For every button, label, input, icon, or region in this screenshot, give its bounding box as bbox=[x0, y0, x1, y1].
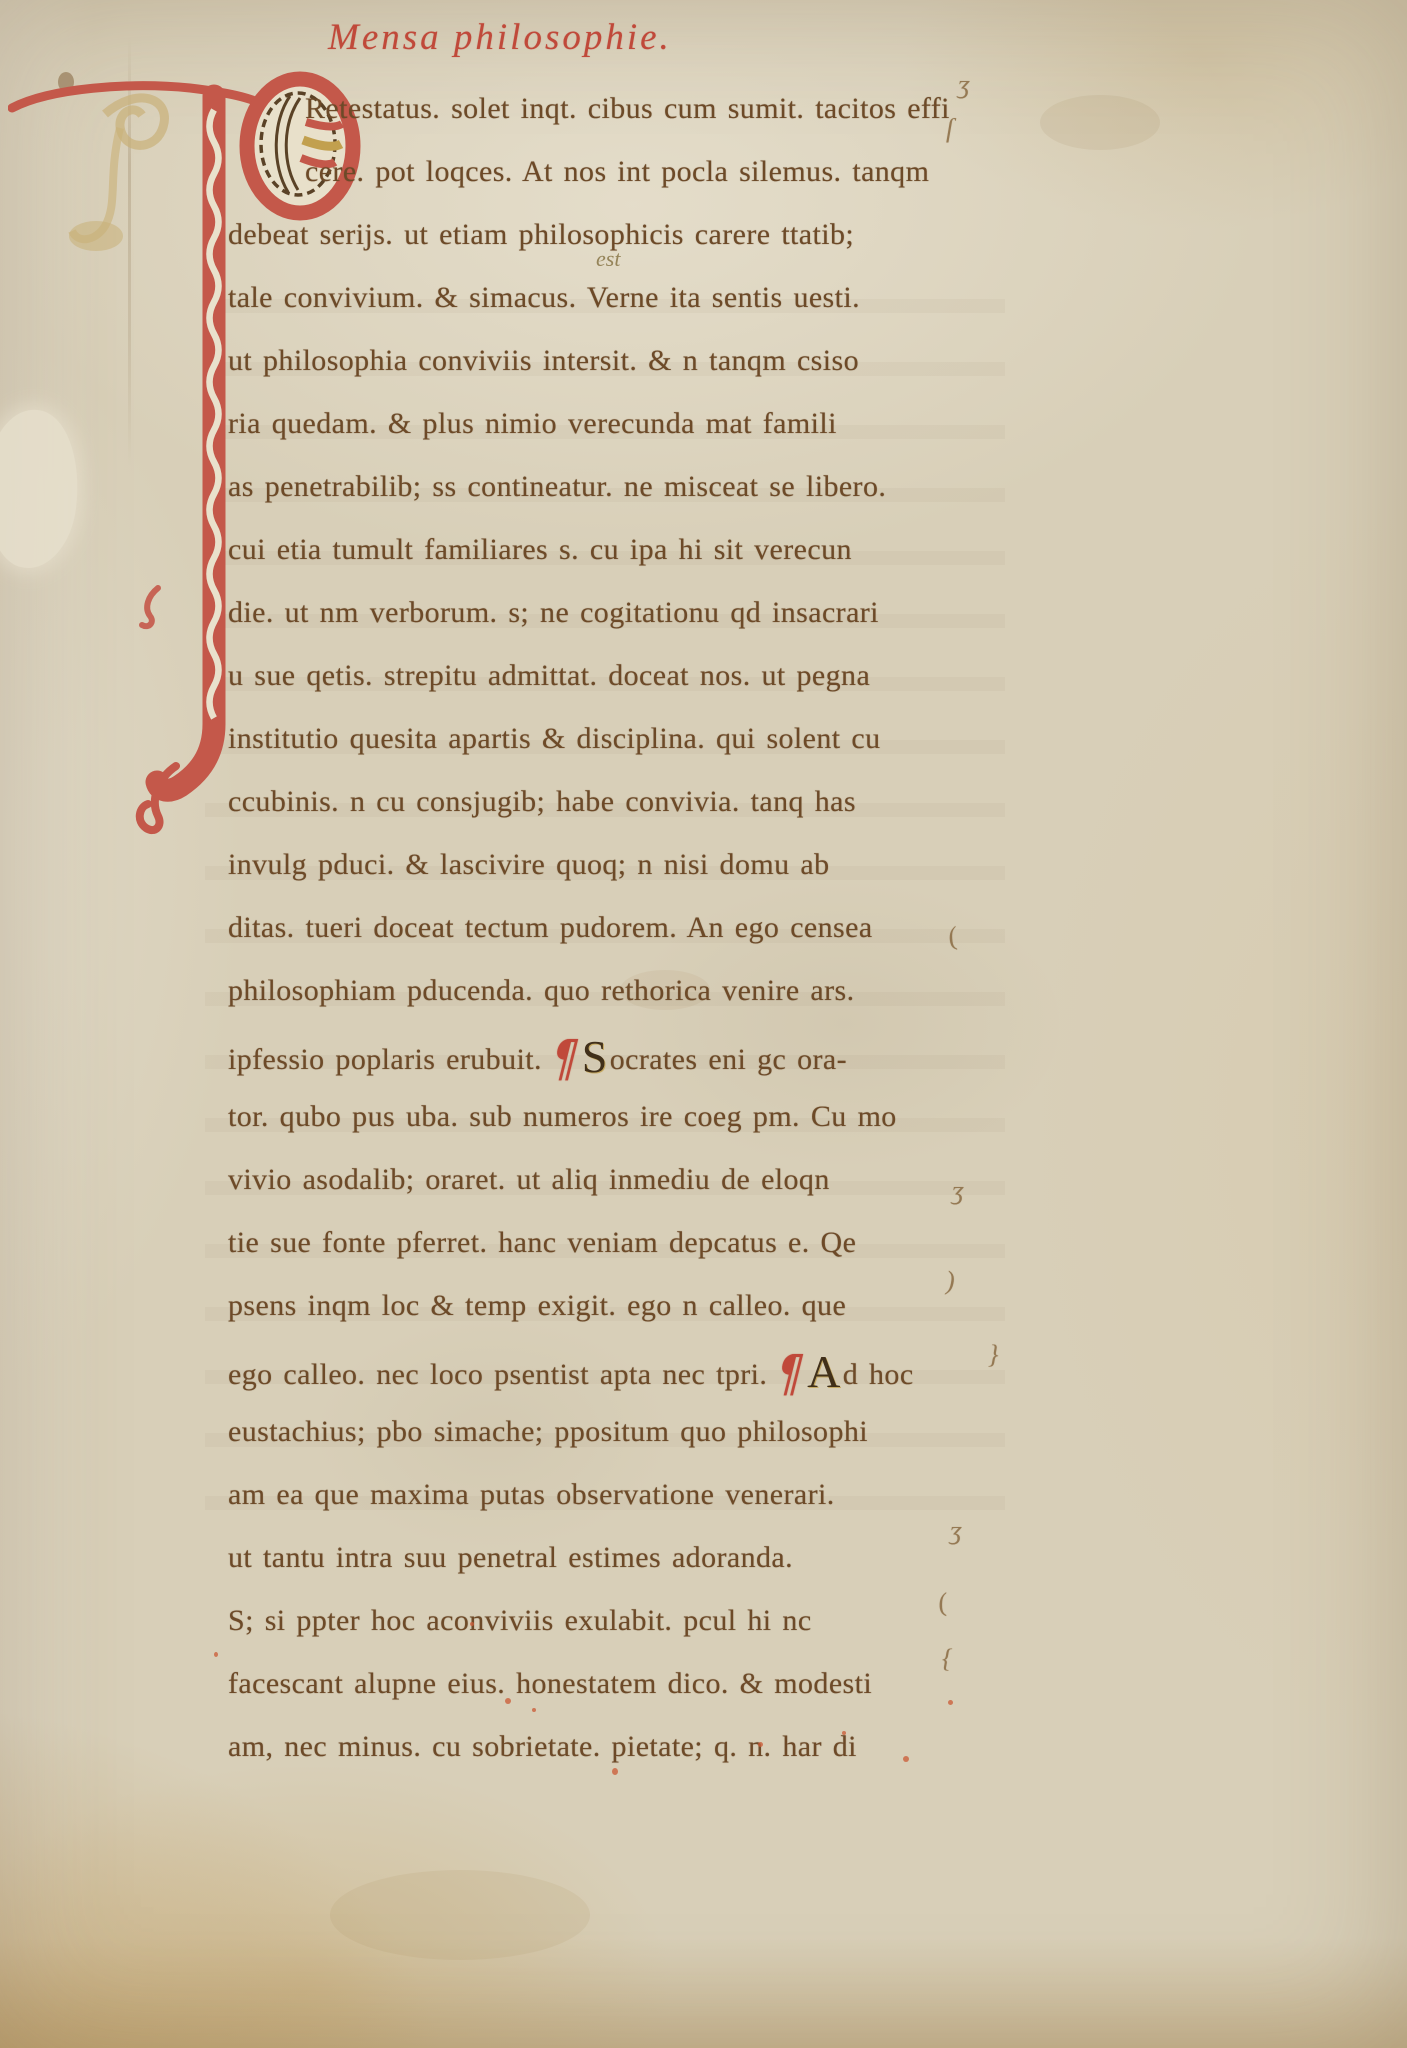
ink-speck bbox=[470, 1622, 474, 1626]
text-line: ut tantu intra suu penetral estimes ador… bbox=[228, 1537, 1018, 1581]
text-line: die. ut nm verborum. s; ne cogitationu q… bbox=[228, 592, 1018, 636]
text-line: tale convivium. & simacus. Verne ita sen… bbox=[228, 277, 1018, 321]
text-line: ditas. tueri doceat tectum pudorem. An e… bbox=[228, 907, 1018, 951]
text-line: am, nec minus. cu sobrietate. pietate; q… bbox=[228, 1726, 1018, 1770]
text-line: u sue qetis. strepitu admittat. doceat n… bbox=[228, 655, 1018, 699]
margin-mark: ʒ bbox=[950, 1516, 962, 1546]
ink-speck bbox=[903, 1756, 909, 1762]
margin-mark: ʒ bbox=[958, 70, 970, 100]
text-line: Retestatus. solet inqt. cibus cum sumit.… bbox=[305, 88, 1005, 132]
margin-mark: } bbox=[988, 1340, 998, 1370]
rubric-title: Mensa philosophie. bbox=[328, 16, 848, 59]
text-line: cui etia tumult familiares s. cu ipa hi … bbox=[228, 529, 1018, 573]
margin-mark: ʒ bbox=[952, 1176, 964, 1206]
ink-speck bbox=[505, 1698, 511, 1704]
text-line: philosophiam pducenda. quo rethorica ven… bbox=[228, 970, 1018, 1014]
text-line: invulg pduci. & lascivire quoq; n nisi d… bbox=[228, 844, 1018, 888]
ink-speck bbox=[948, 1700, 953, 1705]
text-line: tor. qubo pus uba. sub numeros ire coeg … bbox=[228, 1096, 1018, 1140]
text-line: debeat serijs. ut etiam philosophicis ca… bbox=[228, 214, 1018, 258]
text-line: as penetrabilib; ss contineatur. ne misc… bbox=[228, 466, 1018, 510]
text-line: am ea que maxima putas observatione vene… bbox=[228, 1474, 1018, 1518]
text-segment: ipfessio poplaris erubuit. bbox=[228, 1043, 542, 1076]
text-line: S; si ppter hoc aconviviis exulabit. pcu… bbox=[228, 1600, 1018, 1644]
text-line-with-paraph: ipfessio poplaris erubuit.¶Socrates eni … bbox=[228, 1033, 1018, 1077]
manuscript-page: Mensa philosophie. est Retestatus. solet… bbox=[0, 0, 1407, 2048]
ink-speck bbox=[758, 1742, 763, 1747]
text-segment: ego calleo. nec loco psentist apta nec t… bbox=[228, 1358, 767, 1391]
ink-speck bbox=[842, 1731, 846, 1735]
enlarged-letter: S bbox=[582, 1031, 608, 1082]
ink-speck bbox=[214, 1652, 218, 1657]
paraph-mark: ¶ bbox=[773, 1355, 808, 1393]
text-line: institutio quesita apartis & disciplina.… bbox=[228, 718, 1018, 762]
margin-mark: { bbox=[942, 1644, 952, 1674]
text-line: ccubinis. n cu consjugib; habe convivia.… bbox=[228, 781, 1018, 825]
enlarged-letter: A bbox=[807, 1346, 841, 1397]
text-line: eustachius; pbo simache; ppositum quo ph… bbox=[228, 1411, 1018, 1455]
text-line: ria quedam. & plus nimio verecunda mat f… bbox=[228, 403, 1018, 447]
stain-blob bbox=[330, 1870, 590, 1960]
text-line: cere. pot loqces. At nos int pocla silem… bbox=[305, 151, 1005, 195]
ink-speck bbox=[532, 1708, 536, 1712]
text-line: facescant alupne eius. honestatem dico. … bbox=[228, 1663, 1018, 1707]
ink-speck bbox=[612, 1768, 618, 1775]
margin-mark: ) bbox=[946, 1266, 955, 1296]
stain-blob bbox=[1040, 95, 1160, 150]
text-line: vivio asodalib; oraret. ut aliq inmediu … bbox=[228, 1159, 1018, 1203]
margin-mark: ſ bbox=[946, 114, 953, 144]
paraph-mark: ¶ bbox=[547, 1040, 582, 1078]
text-segment: ocrates eni gc ora- bbox=[610, 1043, 847, 1076]
text-line-with-paraph: ego calleo. nec loco psentist apta nec t… bbox=[228, 1348, 1018, 1392]
text-segment: d hoc bbox=[843, 1358, 914, 1391]
text-line: tie sue fonte pferret. hanc veniam depca… bbox=[228, 1222, 1018, 1266]
text-line: ut philosophia conviviis intersit. & n t… bbox=[228, 340, 1018, 384]
text-line: psens inqm loc & temp exigit. ego n call… bbox=[228, 1285, 1018, 1329]
